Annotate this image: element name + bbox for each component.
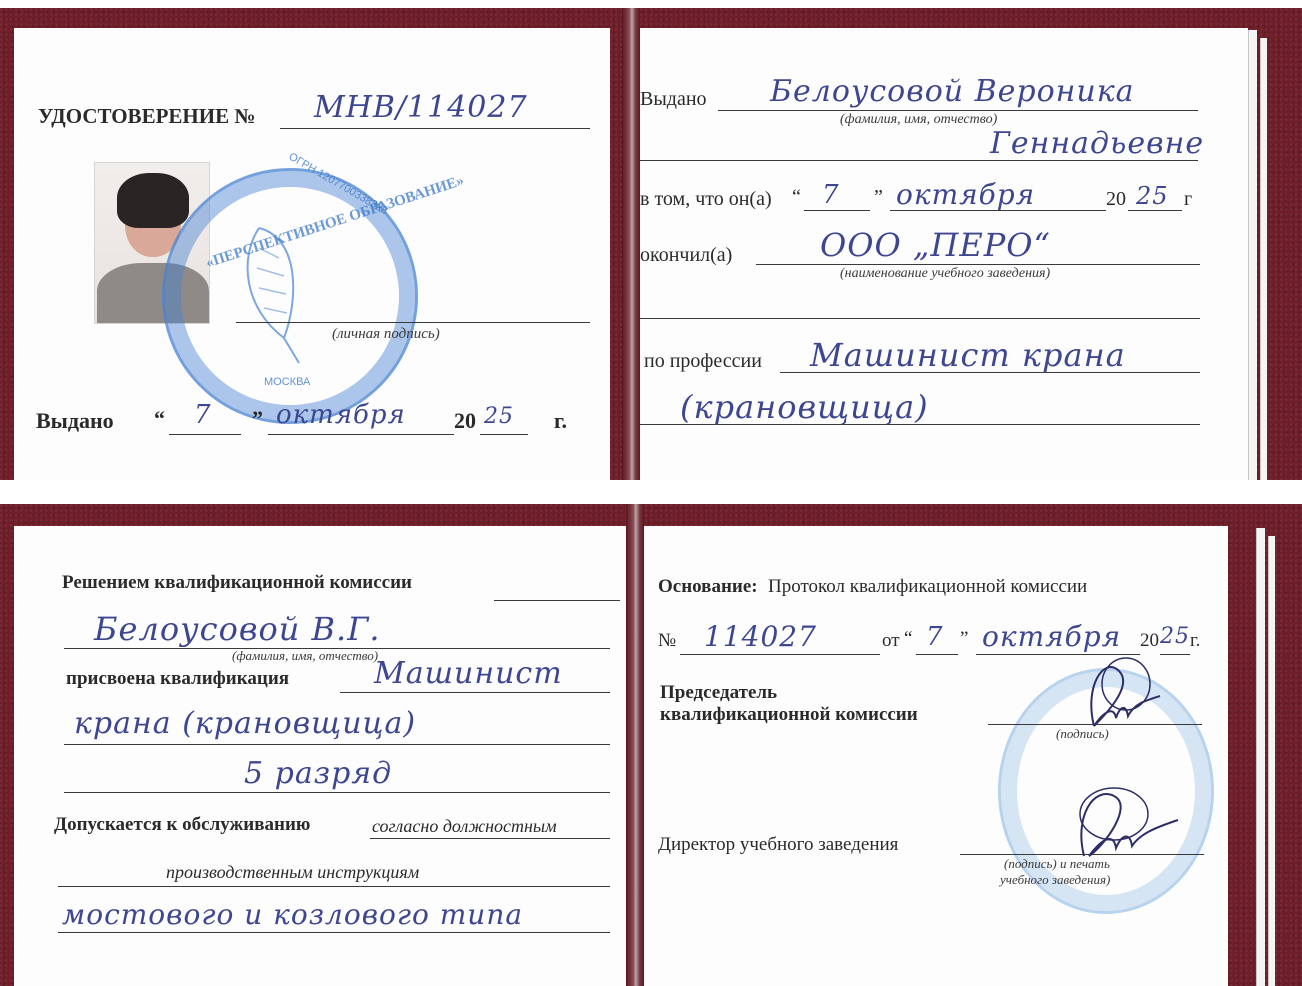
profession-line2: (крановщица) — [680, 388, 929, 426]
admitted-line-2 — [58, 886, 610, 887]
name-hint: (фамилия, имя, отчество) — [840, 112, 997, 128]
name-line-1 — [718, 110, 1198, 111]
close-quote: ” — [874, 186, 883, 209]
issued-day: 7 — [194, 400, 212, 430]
page-bottom-left: Решением квалификационной комиссии Белоу… — [14, 526, 626, 986]
cert-day: 7 — [822, 180, 840, 210]
page-bottom-right: Основание: Протокол квалификационной ком… — [644, 526, 1228, 986]
qualification-line-1 — [340, 692, 610, 693]
top-spread: УДОСТОВЕРЕНИЕ № МНВ/114027 «ПЕРСПЕКТИВНО… — [0, 0, 1302, 480]
institution-line-2 — [640, 318, 1200, 319]
year-label: г — [1184, 188, 1192, 211]
page-edge-top-2 — [1260, 38, 1267, 480]
decision-line — [494, 600, 620, 601]
issued-label: Выдано — [36, 408, 114, 434]
bottom-spread: Решением квалификационной комиссии Белоу… — [0, 500, 1302, 986]
director-hint-2: учебного заведения) — [1000, 872, 1110, 888]
stamp-city: МОСКВА — [264, 376, 310, 388]
year-prefix: 20 — [1106, 188, 1126, 211]
admitted-text1: согласно должностным — [372, 816, 557, 837]
profession-label: по профессии — [644, 350, 762, 373]
holder-short-name: Белоусовой В.Г. — [94, 610, 381, 648]
protocol-number-line — [680, 654, 880, 655]
qualification-line-2 — [64, 744, 610, 745]
admitted-line-1 — [370, 838, 610, 839]
year-line — [1128, 210, 1182, 211]
spine-bottom — [626, 504, 644, 986]
graduated-label: окончил(а) — [640, 244, 732, 267]
day-line — [916, 654, 958, 655]
certificate-number: МНВ/114027 — [314, 90, 528, 125]
name-hint: (фамилия, имя, отчество) — [232, 648, 378, 664]
close-quote: ” — [960, 628, 968, 650]
day-line — [169, 434, 241, 435]
director-hint-1: (подпись) и печать — [1004, 856, 1110, 872]
institution-hint: (наименование учебного заведения) — [840, 266, 1050, 282]
page-top-right: Выдано Белоусовой Вероника (фамилия, имя… — [640, 28, 1248, 480]
that-label: в том, что он(а) — [640, 188, 772, 211]
issued-year: 25 — [484, 404, 514, 429]
admitted-label: Допускается к обслуживанию — [54, 814, 310, 836]
day-line — [804, 210, 870, 211]
spine-top — [622, 8, 640, 480]
qualification-grade: 5 разряд — [244, 756, 392, 791]
year-label: г. — [554, 408, 567, 434]
number-line — [280, 128, 590, 129]
year-line — [480, 434, 528, 435]
institution-name: ООО „ПЕРО“ — [820, 226, 1051, 264]
profession-line1: Машинист крана — [810, 336, 1126, 374]
basis-label: Основание: — [658, 576, 758, 598]
year-prefix: 20 — [1140, 630, 1159, 652]
chairman-label-1: Председатель — [660, 682, 777, 704]
holder-name-line2: Геннадьевне — [990, 126, 1204, 161]
issued-month: октября — [276, 400, 406, 430]
year-line — [1160, 654, 1190, 655]
signature-line — [236, 322, 590, 323]
institution-line — [756, 264, 1200, 265]
crane-types-line — [58, 932, 610, 933]
chairman-label-2: квалификационной комиссии — [660, 704, 918, 726]
holder-name-line1: Белоусовой Вероника — [770, 74, 1135, 109]
protocol-month: октября — [982, 620, 1121, 653]
protocol-day: 7 — [926, 622, 944, 652]
qualification-line-3 — [64, 792, 610, 793]
cert-year: 25 — [1136, 182, 1169, 210]
close-quote: ” — [252, 406, 263, 432]
admitted-text2: производственным инструкциям — [166, 862, 419, 883]
director-label: Директор учебного заведения — [658, 834, 898, 856]
chairman-signature-hint: (подпись) — [1056, 726, 1109, 742]
page-edge-bottom — [1256, 528, 1265, 986]
open-quote: “ — [904, 628, 912, 650]
basis-text: Протокол квалификационной комиссии — [768, 576, 1087, 598]
month-line — [976, 654, 1140, 655]
feather-icon — [229, 218, 319, 368]
page-top-left: УДОСТОВЕРЕНИЕ № МНВ/114027 «ПЕРСПЕКТИВНО… — [14, 28, 610, 480]
open-quote: “ — [154, 406, 165, 432]
crane-types: мостового и козлового типа — [62, 898, 523, 931]
month-line — [268, 434, 454, 435]
director-signature — [1044, 776, 1184, 866]
open-quote: “ — [792, 186, 801, 209]
year-prefix: 20 — [454, 408, 476, 434]
from-label: от — [882, 630, 900, 652]
decision-label: Решением квалификационной комиссии — [62, 572, 412, 594]
protocol-number: 114027 — [704, 620, 817, 653]
year-label: г. — [1190, 630, 1200, 652]
assigned-label: присвоена квалификация — [66, 668, 289, 690]
page-edge-bottom-2 — [1268, 536, 1275, 986]
issued-to-label: Выдано — [640, 88, 707, 111]
cert-month: октября — [896, 178, 1035, 211]
signature-hint: (личная подпись) — [332, 326, 440, 343]
number-sign: № — [658, 630, 676, 652]
page-edge-top — [1248, 30, 1257, 480]
qualification-line1: Машинист — [374, 656, 563, 691]
protocol-year: 25 — [1160, 624, 1190, 649]
certificate-title: УДОСТОВЕРЕНИЕ № — [38, 104, 255, 129]
qualification-line2: крана (крановщица) — [74, 706, 416, 741]
